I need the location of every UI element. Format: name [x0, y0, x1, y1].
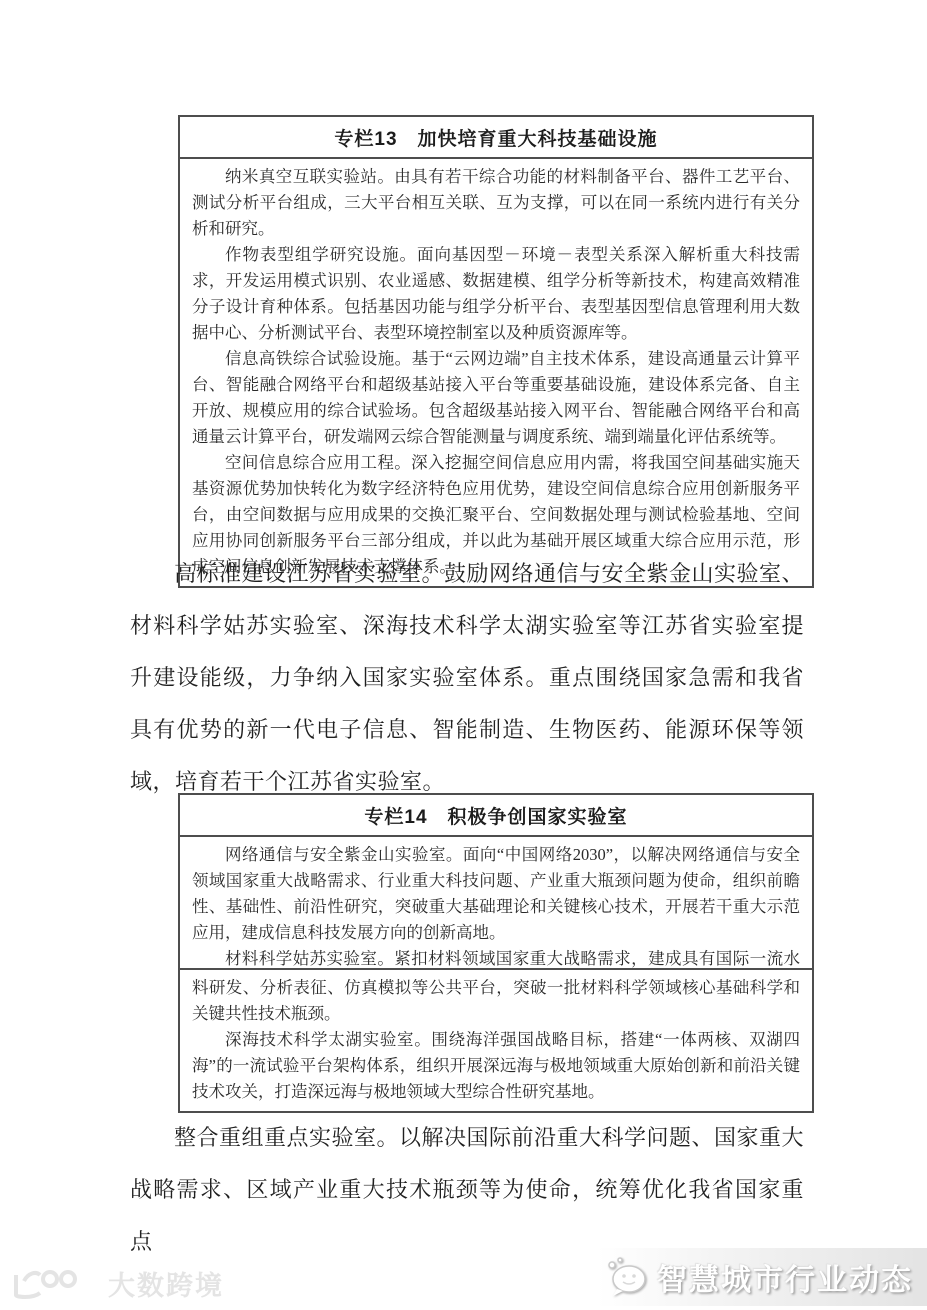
chat-bubble-icon	[603, 1255, 649, 1299]
paragraph-reorganize-labs: 整合重组重点实验室。以解决国际前沿重大科学问题、国家重大战略需求、区域产业重大技…	[130, 1112, 804, 1268]
box13-paragraph: 纳米真空互联实验站。由具有若干综合功能的材料制备平台、器件工艺平台、测试分析平台…	[192, 164, 800, 242]
box14-paragraph: 网络通信与安全紫金山实验室。面向“中国网络2030”，以解决网络通信与安全领域国…	[192, 842, 800, 946]
watermark-right-text: 智慧城市行业动态	[657, 1255, 913, 1299]
watermark-left-text: 大数跨境	[108, 1264, 224, 1303]
dashu-kuajing-logo-icon	[10, 1267, 102, 1301]
box14-continued-paragraph: 料研发、分析表征、仿真模拟等公共平台，突破一批材料科学领域核心基础科学和关键共性…	[192, 975, 800, 1027]
watermark-smart-city: 智慧城市行业动态	[603, 1255, 913, 1299]
watermark-dashu-kuajing: 大数跨境	[10, 1264, 224, 1303]
box13-paragraph: 作物表型组学研究设施。面向基因型－环境－表型关系深入解析重大科技需求，开发运用模…	[192, 242, 800, 346]
column-box-13-body: 纳米真空互联实验站。由具有若干综合功能的材料制备平台、器件工艺平台、测试分析平台…	[180, 159, 812, 586]
column-box-14-title: 专栏14 积极争创国家实验室	[180, 795, 812, 837]
watermark-band: 智慧城市行业动态	[597, 1248, 927, 1306]
column-box-14-continued-body: 料研发、分析表征、仿真模拟等公共平台，突破一批材料科学领域核心基础科学和关键共性…	[180, 970, 812, 1111]
column-box-14-continued: 料研发、分析表征、仿真模拟等公共平台，突破一批材料科学领域核心基础科学和关键共性…	[178, 968, 814, 1113]
column-box-13: 专栏13 加快培育重大科技基础设施 纳米真空互联实验站。由具有若干综合功能的材料…	[178, 115, 814, 588]
column-box-13-title: 专栏13 加快培育重大科技基础设施	[180, 117, 812, 159]
paragraph-provincial-labs: 高标准建设江苏省实验室。鼓励网络通信与安全紫金山实验室、材料科学姑苏实验室、深海…	[130, 548, 804, 808]
document-page: 专栏13 加快培育重大科技基础设施 纳米真空互联实验站。由具有若干综合功能的材料…	[0, 0, 927, 1310]
box14-continued-paragraph: 深海技术科学太湖实验室。围绕海洋强国战略目标，搭建“一体两核、双湖四海”的一流试…	[192, 1027, 800, 1105]
box13-paragraph: 信息高铁综合试验设施。基于“云网边端”自主技术体系，建设高通量云计算平台、智能融…	[192, 346, 800, 450]
